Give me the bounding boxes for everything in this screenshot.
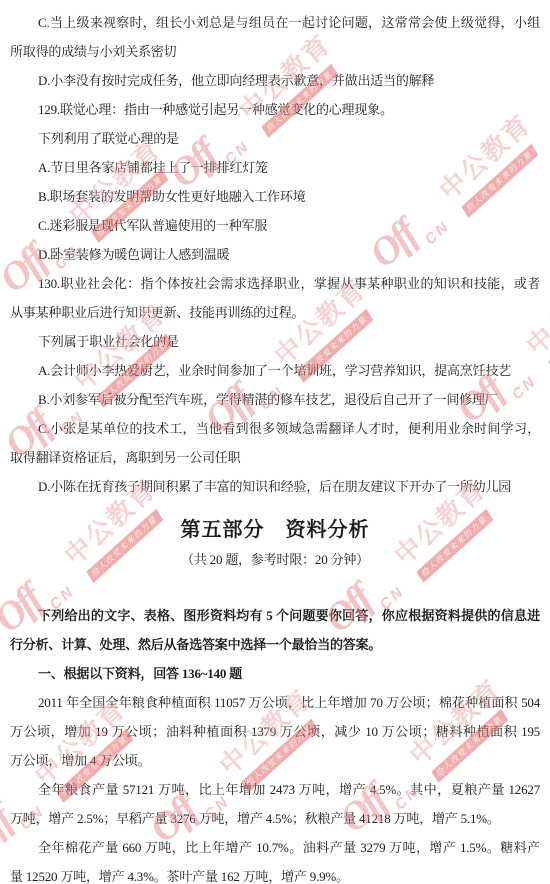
option-129-a: A.节日里各家店铺都挂上了一排排红灯笼 <box>10 153 540 182</box>
option-130-a: A.会计师小李热爱厨艺，业余时间参加了一个培训班，学习营养知识，提高烹饪技艺 <box>10 356 540 385</box>
option-129-d: D.卧室装修为暖色调让人感到温暖 <box>10 240 540 269</box>
material-para-1-cont-2: 万公顷，增加 4 万公顷。 <box>10 746 540 775</box>
option-130-c: C.小张是某单位的技术工，当他看到很多领域急需翻译人才时，便利用业余时间学习， <box>10 414 540 443</box>
material-1-heading: 一、根据以下资料，回答 136~140 题 <box>10 659 540 688</box>
option-130-c-cont: 取得翻译资格证后，离职到另一公司任职 <box>10 443 540 472</box>
document-body: C.当上级来视察时，组长小刘总是与组员在一起讨论问题，这常常会使上级觉得，小组所… <box>0 0 550 884</box>
question-129-stem: 129.联觉心理：指由一种感觉引起另一种感觉变化的心理现象。 <box>10 95 540 124</box>
question-130-prompt: 下列属于职业社会化的是 <box>10 327 540 356</box>
material-para-2: 全年粮食产量 57121 万吨，比上年增加 2473 万吨，增产 4.5%。其中… <box>10 775 540 804</box>
option-130-d: D.小陈在抚育孩子期间积累了丰富的知识和经验，后在朋友建议下开办了一所幼儿园 <box>10 472 540 501</box>
option-130-b: B.小刘参军后被分配至汽车班，学得精湛的修车技艺，退役后自己开了一间修理厂 <box>10 385 540 414</box>
option-128-c-cont: 所取得的成绩与小刘关系密切 <box>10 37 540 66</box>
material-para-3-cont: 量 12520 万吨，增产 4.3%。茶叶产量 162 万吨，增产 9.9%。 <box>10 862 540 884</box>
option-128-d: D.小李没有按时完成任务，他立即向经理表示歉意，并做出适当的解释 <box>10 66 540 95</box>
option-129-c: C.迷彩服是现代军队普遍使用的一种军服 <box>10 211 540 240</box>
option-128-c: C.当上级来视察时，组长小刘总是与组员在一起讨论问题，这常常会使上级觉得，小组 <box>10 8 540 37</box>
section-meta: （共 20 题，参考时限：20 分钟） <box>10 547 540 573</box>
question-129-prompt: 下列利用了联觉心理的是 <box>10 124 540 153</box>
material-para-1: 2011 年全国全年粮食种植面积 11057 万公顷，比上年增加 70 万公顷；… <box>10 688 540 717</box>
section-instructions: 下列给出的文字、表格、图形资料均有 5 个问题要你回答，你应根据资料提供的信息进 <box>10 601 540 630</box>
exam-page: OffCN中公教育给人改变未来的力量OffCN中公教育给人改变未来的力量OffC… <box>0 0 550 884</box>
material-para-3: 全年棉花产量 660 万吨，比上年增产 10.7%。油料产量 3279 万吨，增… <box>10 833 540 862</box>
section-title: 第五部分 资料分析 <box>10 513 540 547</box>
section-instructions-cont: 行分析、计算、处理、然后从备选答案中选择一个最恰当的答案。 <box>10 630 540 659</box>
option-129-b: B.职场套装的发明帮助女性更好地融入工作环境 <box>10 182 540 211</box>
material-para-2-cont: 万吨，增产 2.5%；早稻产量 3276 万吨，增产 4.5%；秋粮产量 412… <box>10 804 540 833</box>
question-130-stem: 130.职业社会化：指个体按社会需求选择职业，掌握从事某种职业的知识和技能，或者 <box>10 269 540 298</box>
question-130-stem-cont: 从事某种职业后进行知识更新、技能再训练的过程。 <box>10 298 540 327</box>
material-para-1-cont-1: 万公顷，增加 19 万公顷；油料种植面积 1379 万公顷，减少 10 万公顷；… <box>10 717 540 746</box>
